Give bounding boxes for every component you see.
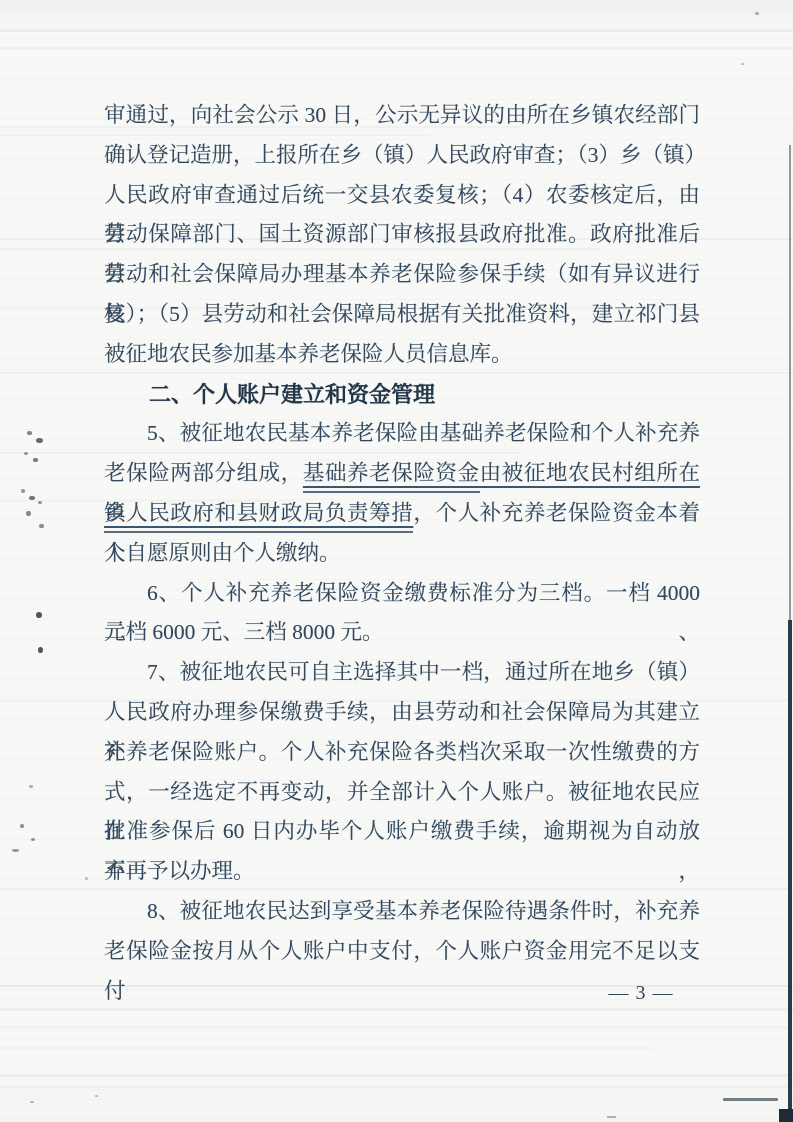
ink-speck xyxy=(755,12,759,15)
scan-edge-line xyxy=(789,145,791,623)
ink-speck xyxy=(36,612,42,618)
ink-speck xyxy=(39,524,44,528)
ink-speck xyxy=(741,63,744,65)
ink-speck xyxy=(29,785,33,788)
paragraph-line: 被征地农民参加基本养老保险人员信息库。 xyxy=(104,335,700,375)
paragraph-line: 7、被征地农民可自主选择其中一档，通过所在地乡（镇） xyxy=(104,653,700,693)
underlined-phrase: 基础养老保险资金 xyxy=(303,461,480,493)
paragraph-line: 劳动和社会保障局办理基本养老保险参保手续（如有异议进行复 xyxy=(104,255,700,295)
ink-speck xyxy=(36,438,43,443)
paragraph-line: 审通过，向社会公示 30 日，公示无异议的由所在乡镇农经部门 xyxy=(104,96,700,136)
paragraph-line: 式，一经选定不再变动，并全部计入个人账户。被征地农民应在 xyxy=(104,773,700,813)
line-segment: 老保险两部分组成， xyxy=(104,461,303,485)
paragraph-line: 老保险两部分组成，基础养老保险资金由被征地农民村组所在乡 xyxy=(104,454,700,494)
scan-edge-line xyxy=(788,620,792,1122)
ink-speck xyxy=(38,501,42,504)
document-page: 审通过，向社会公示 30 日，公示无异议的由所在乡镇农经部门 确认登记造册，上报… xyxy=(0,0,793,1122)
paragraph-line: 5、被征地农民基本养老保险由基础养老保险和个人补充养 xyxy=(104,414,700,454)
ink-speck xyxy=(30,1101,34,1103)
scan-streak xyxy=(0,1074,793,1077)
paragraph-line: 老保险金按月从个人账户中支付，个人账户资金用完不足以支付 xyxy=(104,932,700,972)
text-column: 审通过，向社会公示 30 日，公示无异议的由所在乡镇农经部门 确认登记造册，上报… xyxy=(104,96,700,972)
ink-speck xyxy=(33,458,38,462)
paragraph-line: 人自愿原则由个人缴纳。 xyxy=(104,534,700,574)
underlined-phrase: 镇人民政府和县财政局负责筹措 xyxy=(104,501,413,533)
paragraph-line: 充养老保险账户。个人补充保险各类档次采取一次性缴费的方 xyxy=(104,733,700,773)
scan-streak xyxy=(0,30,793,32)
ink-speck xyxy=(26,511,31,516)
paragraph-line: 批准参保后 60 日内办毕个人账户缴费手续，逾期视为自动放弃， xyxy=(104,812,700,852)
ink-speck xyxy=(24,452,28,455)
paragraph-line: 劳动保障部门、国土资源部门审核报县政府批准。政府批准后县 xyxy=(104,215,700,255)
scan-streak xyxy=(0,1047,650,1049)
page-number: — 3 — xyxy=(596,982,686,1005)
scan-streak xyxy=(0,1086,793,1088)
ink-speck xyxy=(12,849,19,852)
paragraph-line: 6、个人补充养老保险资金缴费标准分为三档。一档 4000 元、 xyxy=(104,574,700,614)
ink-speck xyxy=(29,496,35,500)
ink-speck xyxy=(27,431,32,435)
ink-speck xyxy=(31,838,35,841)
paragraph-line: 8、被征地农民达到享受基本养老保险待遇条件时，补充养 xyxy=(104,892,700,932)
paragraph-line: 核）；（5）县劳动和社会保障局根据有关批准资料，建立祁门县 xyxy=(104,295,700,335)
ink-speck xyxy=(38,647,43,653)
scan-streak xyxy=(0,47,793,49)
ink-speck xyxy=(85,877,88,880)
scan-dash-mark xyxy=(723,1098,778,1101)
ink-speck xyxy=(95,1095,98,1097)
ink-speck xyxy=(21,489,25,493)
section-heading: 二、个人账户建立和资金管理 xyxy=(104,375,700,415)
paragraph-line: 人民政府办理参保缴费手续，由县劳动和社会保障局为其建立补 xyxy=(104,693,700,733)
paragraph-line: 镇人民政府和县财政局负责筹措，个人补充养老保险资金本着个 xyxy=(104,494,700,534)
paragraph-line: 人民政府审查通过后统一交县农委复核；（4）农委核定后，由县 xyxy=(104,176,700,216)
scan-corner-mark xyxy=(779,1109,793,1122)
scan-streak xyxy=(0,1026,793,1028)
paragraph-line: 确认登记造册，上报所在乡（镇）人民政府审查；（3）乡（镇） xyxy=(104,136,700,176)
scan-dash-mark xyxy=(607,1116,616,1118)
ink-speck xyxy=(20,824,24,828)
